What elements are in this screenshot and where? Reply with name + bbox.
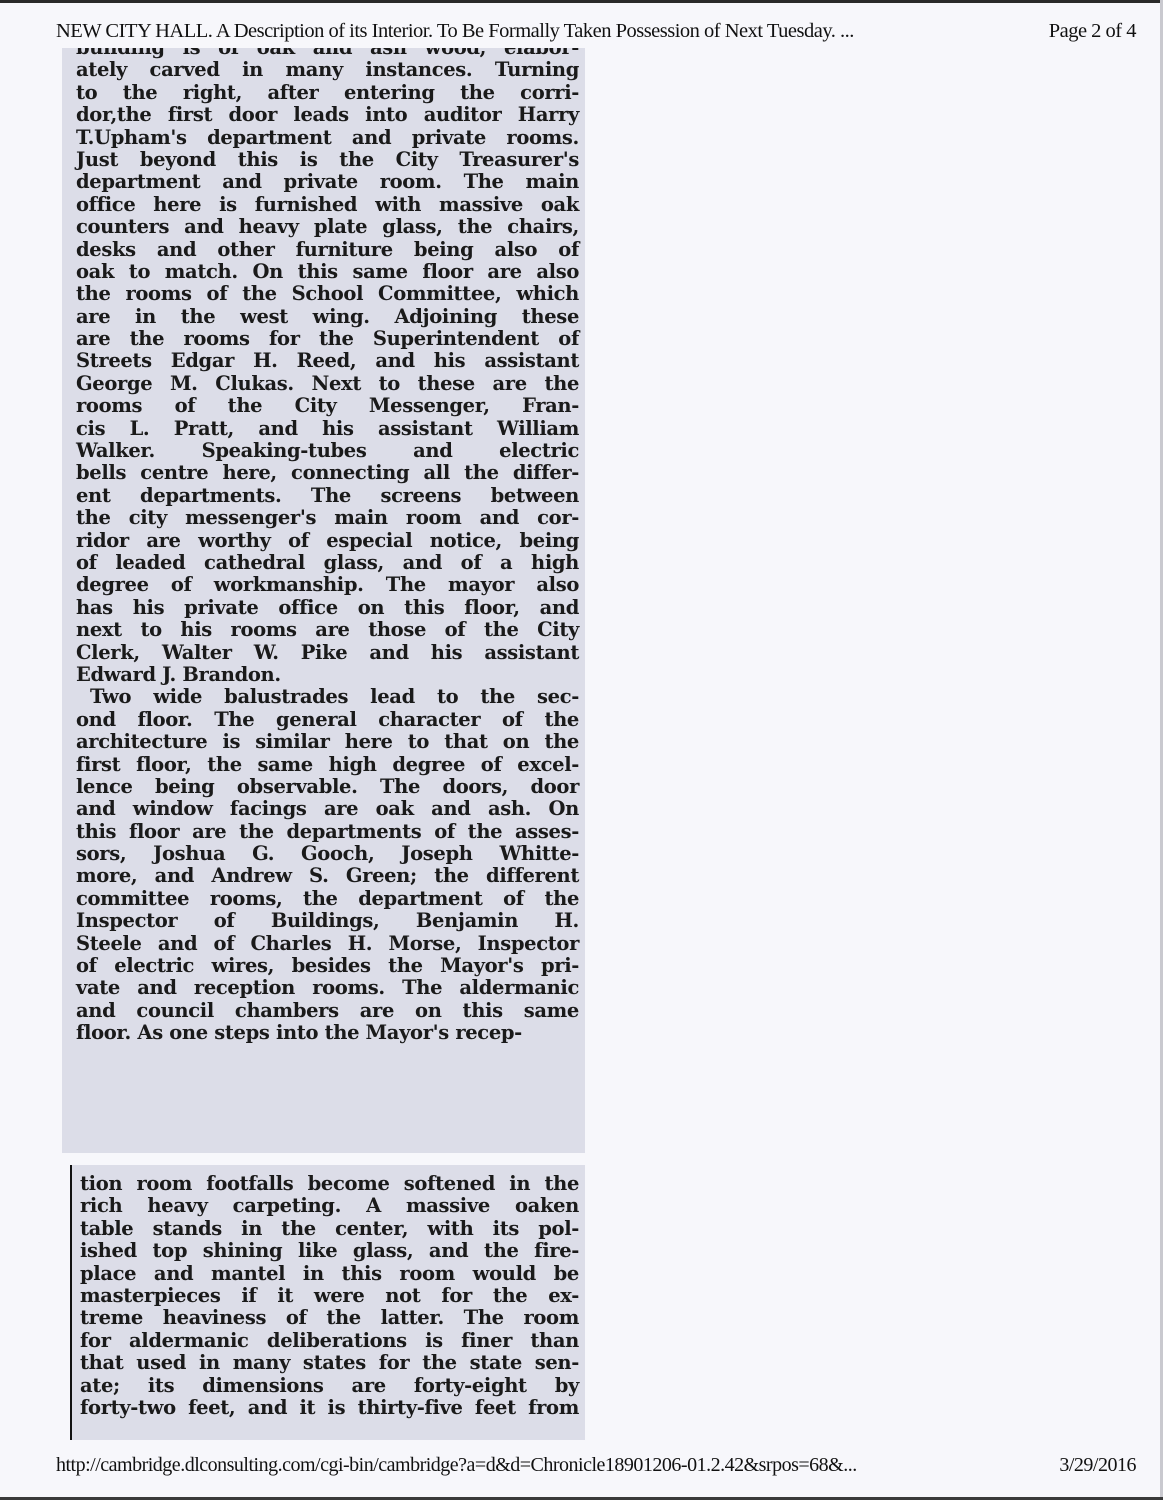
article-text-line: ent departments. The screens between	[76, 485, 579, 507]
article-text-line: degree of workmanship. The mayor also	[76, 574, 579, 596]
article-text-line: ished top shining like glass, and the fi…	[80, 1240, 579, 1262]
page-indicator: Page 2 of 4	[1049, 20, 1136, 43]
article-text-line: committee rooms, the department of the	[76, 888, 579, 910]
article-text-line: rich heavy carpeting. A massive oaken	[80, 1195, 579, 1217]
article-text-line: Two wide balustrades lead to the sec-	[76, 686, 579, 708]
article-text-line: counters and heavy plate glass, the chai…	[76, 216, 579, 238]
article-text-line: are the rooms for the Superintendent of	[76, 328, 579, 350]
print-date: 3/29/2016	[1059, 1454, 1136, 1477]
article-text-line: lence being observable. The doors, door	[76, 776, 579, 798]
article-text-line: and council chambers are on this same	[76, 1000, 579, 1022]
article-text-line: Clerk, Walter W. Pike and his assistant	[76, 642, 579, 664]
article-text-line: that used in many states for the state s…	[80, 1352, 579, 1374]
article-text-line: masterpieces if it were not for the ex-	[80, 1285, 579, 1307]
article-text-line: more, and Andrew S. Green; the different	[76, 865, 579, 887]
article-text-line: department and private room. The main	[76, 171, 579, 193]
article-text-line: for aldermanic deliberations is finer th…	[80, 1330, 579, 1352]
article-text-line: dor,the first door leads into auditor Ha…	[76, 104, 579, 126]
article-text-line: ate; its dimensions are forty-eight by	[80, 1375, 579, 1397]
article-text-line: of electric wires, besides the Mayor's p…	[76, 955, 579, 977]
article-text-line: to the right, after entering the corri-	[76, 82, 579, 104]
article-text-line: first floor, the same high degree of exc…	[76, 754, 579, 776]
article-text-line: ridor are worthy of especial notice, bei…	[76, 530, 579, 552]
article-text-line: oak to match. On this same floor are als…	[76, 261, 579, 283]
article-text-line: desks and other furniture being also of	[76, 239, 579, 261]
article-text-line: of leaded cathedral glass, and of a high	[76, 552, 579, 574]
article-text-line: the city messenger's main room and cor-	[76, 507, 579, 529]
scan-edge-top	[0, 0, 1163, 3]
article-text-line: place and mantel in this room would be	[80, 1263, 579, 1285]
article-text-line: George M. Clukas. Next to these are the	[76, 373, 579, 395]
article-text-line: sors, Joshua G. Gooch, Joseph Whitte-	[76, 843, 579, 865]
article-text-line: has his private office on this floor, an…	[76, 597, 579, 619]
article-text-line: and window facings are oak and ash. On	[76, 798, 579, 820]
article-text-line: Inspector of Buildings, Benjamin H.	[76, 910, 579, 932]
article-text-line: ately carved in many instances. Turning	[76, 59, 579, 81]
article-text-line: Streets Edgar H. Reed, and his assistant	[76, 350, 579, 372]
article-text-line: Edward J. Brandon.	[76, 664, 579, 686]
article-text-line: Walker. Speaking-tubes and electric	[76, 440, 579, 462]
article-text-line: treme heaviness of the latter. The room	[80, 1307, 579, 1329]
article-text-line: Steele and of Charles H. Morse, Inspecto…	[76, 933, 579, 955]
article-text-line: table stands in the center, with its pol…	[80, 1218, 579, 1240]
article-text-line: vate and reception rooms. The aldermanic	[76, 977, 579, 999]
article-text-line: cis L. Pratt, and his assistant William	[76, 418, 579, 440]
article-text-line: Just beyond this is the City Treasurer's	[76, 149, 579, 171]
newspaper-clipping-column-2: tion room footfalls become softened in t…	[70, 1165, 585, 1440]
article-text-line: forty-two feet, and it is thirty-five fe…	[80, 1397, 579, 1419]
article-text-line: T.Upham's department and private rooms.	[76, 127, 579, 149]
article-text-line: ond floor. The general character of the	[76, 709, 579, 731]
newspaper-clipping-column-1: building is of oak and ash wood, elabor-…	[62, 48, 585, 1153]
article-text-line: the rooms of the School Committee, which	[76, 283, 579, 305]
article-text-line: bells centre here, connecting all the di…	[76, 462, 579, 484]
article-text-line: tion room footfalls become softened in t…	[80, 1173, 579, 1195]
article-text-line: office here is furnished with massive oa…	[76, 194, 579, 216]
article-text-line: architecture is similar here to that on …	[76, 731, 579, 753]
article-text-line: next to his rooms are those of the City	[76, 619, 579, 641]
article-text-line: floor. As one steps into the Mayor's rec…	[76, 1022, 579, 1044]
article-text-line: are in the west wing. Adjoining these	[76, 306, 579, 328]
article-text-line: this floor are the departments of the as…	[76, 821, 579, 843]
article-text-line: rooms of the City Messenger, Fran-	[76, 395, 579, 417]
source-url: http://cambridge.dlconsulting.com/cgi-bi…	[56, 1454, 857, 1477]
document-title: NEW CITY HALL. A Description of its Inte…	[56, 20, 854, 43]
